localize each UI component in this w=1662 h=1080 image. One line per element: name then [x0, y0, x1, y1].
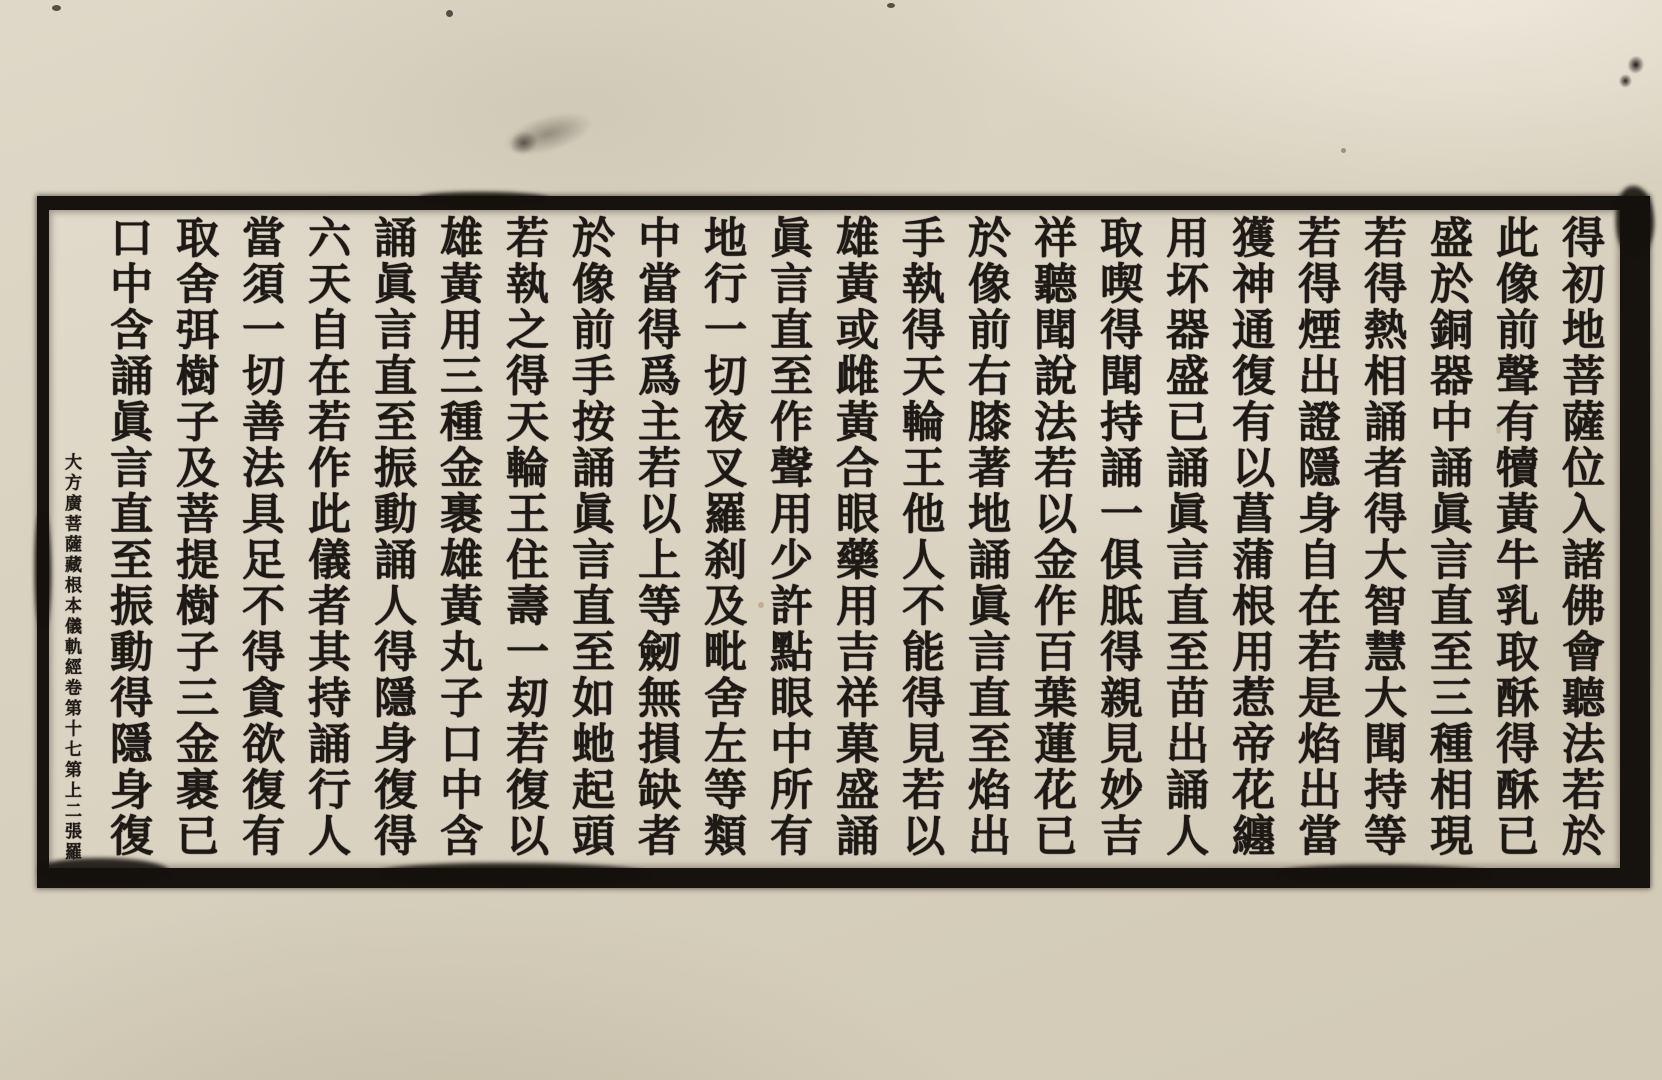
printed-border-frame: 得初地菩薩位入諸佛會聽法若於此像前聲有犢黃牛乳取酥得酥已盛於銅器中誦眞言直至三種… [37, 196, 1650, 888]
text-column-1: 得初地菩薩位入諸佛會聽法若於 [1546, 215, 1612, 860]
text-column-7: 用坏器盛已誦眞言直至苗出誦人 [1150, 215, 1216, 860]
text-block: 得初地菩薩位入諸佛會聽法若於此像前聲有犢黃牛乳取酥得酥已盛於銅器中誦眞言直至三種… [55, 215, 1612, 860]
border-ink-blotch [1280, 865, 1490, 883]
text-column-17: 若執之得天輪王住壽一刧若復以 [490, 215, 556, 860]
text-column-8: 取喫得聞持誦一俱胝得親見妙吉 [1084, 215, 1150, 860]
border-ink-blotch [35, 510, 51, 630]
text-column-16: 於像前手按誦眞言直至如虵起頭 [556, 215, 622, 860]
paper-speck [446, 10, 453, 17]
text-column-12: 雄黃或雌黃合眼藥用吉祥菓盛誦 [820, 215, 886, 860]
text-column-11: 手執得天輪王他人不能得見若以 [886, 215, 952, 860]
text-column-9: 祥聽聞說法若以金作百葉蓮花已 [1018, 215, 1084, 860]
paper-speck [52, 5, 61, 11]
text-column-21: 當須一切善法具足不得貪欲復有 [226, 215, 292, 860]
text-column-19: 誦眞言直至振動誦人得隱身復得 [358, 215, 424, 860]
border-ink-blotch [419, 192, 549, 206]
border-ink-blotch [39, 858, 169, 884]
text-column-20: 六天自在若作此儀者其持誦行人 [292, 215, 358, 860]
text-column-5: 若得煙出證隱身自在若是焰出當 [1282, 215, 1348, 860]
border-ink-blotch [379, 863, 649, 885]
text-column-22: 取舍弭樹子及菩提樹子三金裹已 [160, 215, 226, 860]
text-column-23: 口中含誦眞言直至振動得隱身復 [94, 215, 160, 860]
border-ink-blotch [1616, 186, 1654, 256]
text-column-14: 地行一切夜叉羅刹及毗舍左等類 [688, 215, 754, 860]
text-column-13: 眞言直至作聲用少許點眼中所有 [754, 215, 820, 860]
paper-speck [887, 3, 895, 8]
text-column-6: 獲神通復有以菖蒲根用惹帝花纏 [1216, 215, 1282, 860]
text-column-10: 於像前右膝著地誦眞言直至焰出 [952, 215, 1018, 860]
text-column-3: 盛於銅器中誦眞言直至三種相現 [1414, 215, 1480, 860]
scroll-colophon: 大方廣菩薩藏根本儀軌經卷第十七第上二張羅 [55, 215, 94, 860]
paper-speck [1341, 148, 1346, 153]
text-column-15: 中當得爲主若以上等劒無損缺者 [622, 215, 688, 860]
text-column-2: 此像前聲有犢黃牛乳取酥得酥已 [1480, 215, 1546, 860]
text-column-18: 雄黃用三種金裹雄黃丸子口中含 [424, 215, 490, 860]
text-column-4: 若得熱相誦者得大智慧大聞持等 [1348, 215, 1414, 860]
ink-blob [1614, 50, 1649, 95]
ink-smudge [499, 104, 597, 164]
sutra-scan-page: 得初地菩薩位入諸佛會聽法若於此像前聲有犢黃牛乳取酥得酥已盛於銅器中誦眞言直至三種… [0, 0, 1662, 1080]
